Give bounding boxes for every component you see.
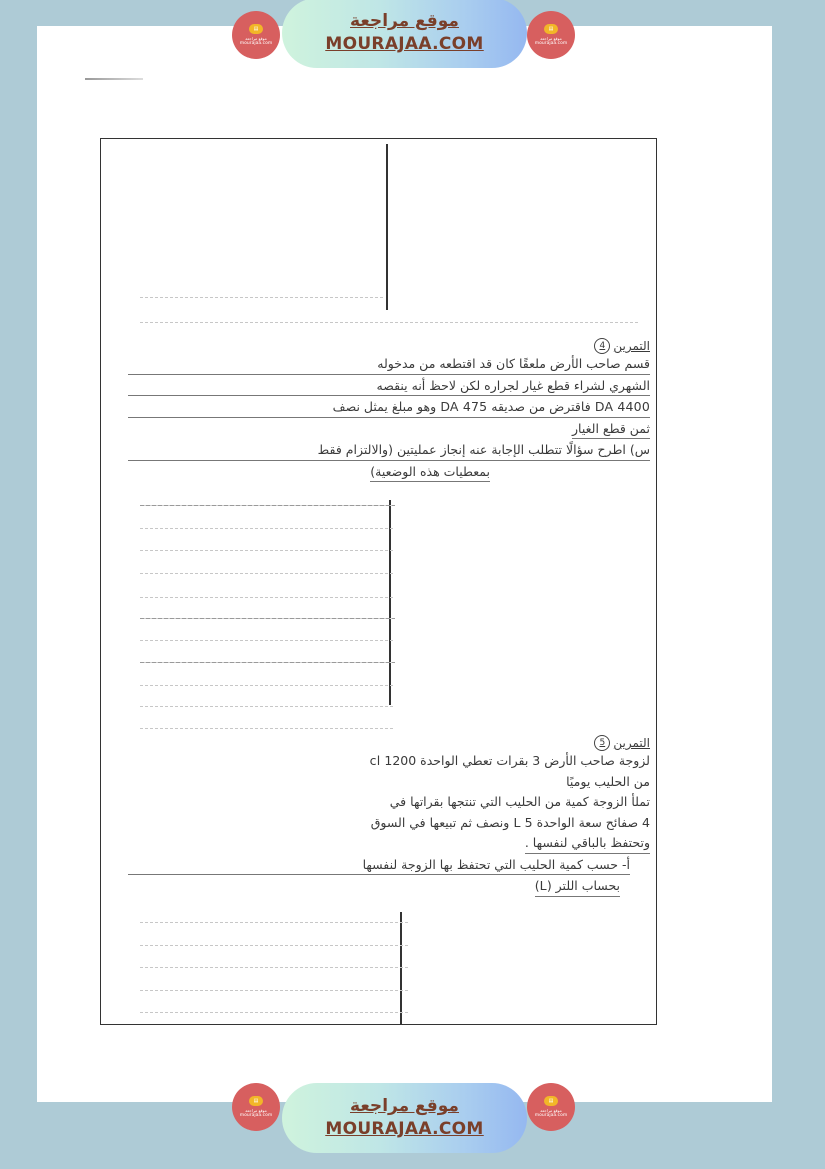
- book-icon: ▤: [544, 1096, 558, 1106]
- answer-line: [140, 297, 385, 298]
- answer-line: [140, 640, 395, 641]
- column-divider: [386, 144, 388, 310]
- exercise-5-line: من الحليب يوميًا: [128, 772, 650, 792]
- exercise-5-line: 4 صفائح سعة الواحدة 5 L ونصف ثم تبيعها ف…: [128, 813, 650, 833]
- badge-domain-text: mourajaa.com: [240, 1113, 272, 1118]
- answer-line: [140, 322, 640, 323]
- banner-arabic-title: موقع مراجعة: [350, 10, 459, 32]
- answer-line: [140, 922, 408, 923]
- exercise-4-line: DA 4400 فاقترض من صديقه DA 475 وهو مبلغ …: [128, 397, 650, 418]
- banner-site-name[interactable]: MOURAJAA.COM: [325, 32, 483, 56]
- answer-divider: [400, 912, 402, 1025]
- answer-divider: [389, 500, 391, 705]
- scan-mark: [85, 78, 143, 80]
- answer-line: [140, 967, 408, 968]
- answer-line: [140, 573, 395, 574]
- answer-line: [140, 528, 395, 529]
- site-logo-badge[interactable]: ▤ موقع مراجعة mourajaa.com: [232, 11, 280, 59]
- exercise-4-question: بمعطيات هذه الوضعية): [370, 462, 490, 483]
- answer-line: [140, 990, 408, 991]
- site-logo-badge[interactable]: ▤ موقع مراجعة mourajaa.com: [527, 1083, 575, 1131]
- book-icon: ▤: [544, 24, 558, 34]
- exercise-number-badge: 4: [594, 338, 610, 354]
- book-icon: ▤: [249, 1096, 263, 1106]
- exercise-5: التمرين 5 لزوجة صاحب الأرض 3 بقرات تعطي …: [128, 735, 650, 898]
- badge-domain-text: mourajaa.com: [240, 41, 272, 46]
- exercise-4-line: قسم صاحب الأرض ملعقًا كان قد اقتطعه من م…: [128, 354, 650, 375]
- exercise-5-line: لزوجة صاحب الأرض 3 بقرات تعطي الواحدة 12…: [128, 751, 650, 771]
- answer-line: [140, 662, 395, 663]
- answer-line: [140, 550, 395, 551]
- answer-line: [140, 706, 395, 707]
- answer-line: [140, 685, 395, 686]
- answer-line: [140, 618, 395, 619]
- banner-arabic-title: موقع مراجعة: [350, 1095, 459, 1117]
- answer-line: [140, 1012, 408, 1013]
- answer-line: [140, 728, 395, 729]
- badge-domain-text: mourajaa.com: [535, 41, 567, 46]
- badge-domain-text: mourajaa.com: [535, 1113, 567, 1118]
- exercise-5-title: التمرين 5: [594, 735, 650, 751]
- exercise-5-line: وتحتفظ بالباقي لنفسها .: [525, 833, 650, 854]
- site-banner-bottom[interactable]: موقع مراجعة MOURAJAA.COM: [282, 1083, 527, 1153]
- banner-site-name[interactable]: MOURAJAA.COM: [325, 1117, 483, 1141]
- site-logo-badge[interactable]: ▤ موقع مراجعة mourajaa.com: [527, 11, 575, 59]
- exercise-4-question: س) اطرح سؤالًا تتطلب الإجابة عنه إنجاز ع…: [128, 440, 650, 461]
- answer-line: [140, 505, 395, 506]
- exercise-4-line: ثمن قطع الغيار: [572, 419, 650, 440]
- exercise-4: التمرين 4 قسم صاحب الأرض ملعقًا كان قد ا…: [128, 338, 650, 483]
- answer-line: [140, 945, 408, 946]
- book-icon: ▤: [249, 24, 263, 34]
- exercise-5-question: أ- حسب كمية الحليب التي تحتفظ بها الزوجة…: [128, 855, 630, 876]
- exercise-4-title: التمرين 4: [594, 338, 650, 354]
- site-banner-top[interactable]: موقع مراجعة MOURAJAA.COM: [282, 0, 527, 68]
- exercise-5-line: تملأ الزوجة كمية من الحليب التي تنتجها ب…: [128, 792, 650, 812]
- exercise-5-question: بحساب اللتر (L): [535, 876, 620, 897]
- answer-line: [140, 597, 395, 598]
- site-logo-badge[interactable]: ▤ موقع مراجعة mourajaa.com: [232, 1083, 280, 1131]
- exercise-number-badge: 5: [594, 735, 610, 751]
- exercise-4-line: الشهري لشراء قطع غيار لجراره لكن لاحظ أن…: [128, 376, 650, 397]
